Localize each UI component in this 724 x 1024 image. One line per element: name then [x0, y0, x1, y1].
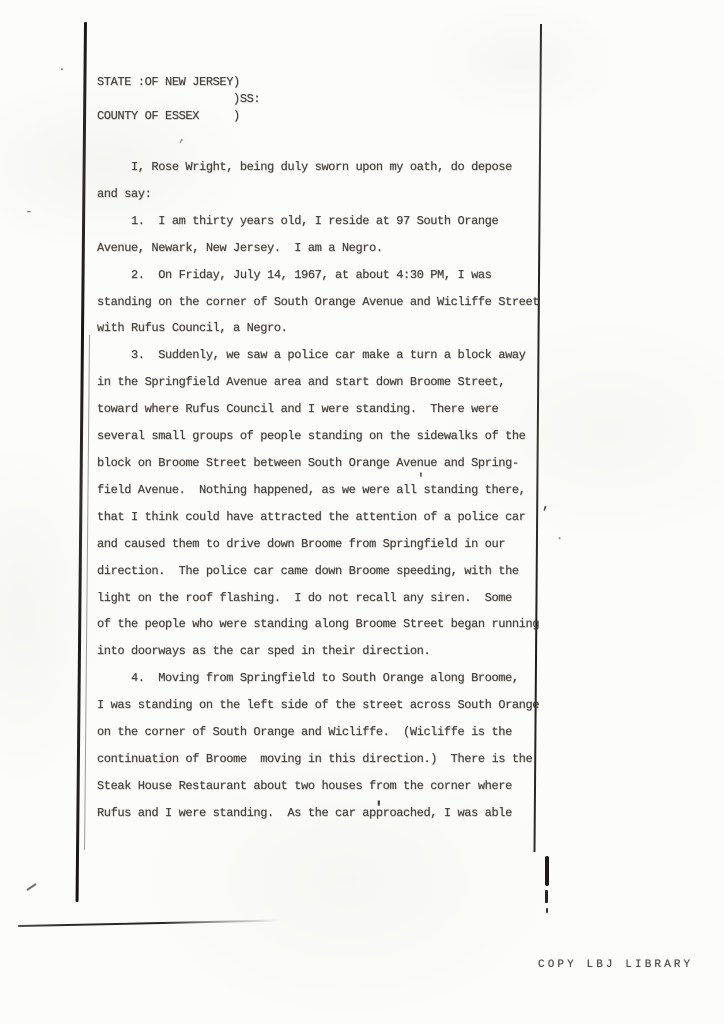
jurat-line: STATE :OF NEW JERSEY): [97, 74, 260, 91]
document-line: in the Springfield Avenue area and start…: [97, 369, 539, 396]
ink-speck: .: [556, 530, 563, 542]
document-line: Steak House Restaurant about two houses …: [97, 773, 539, 800]
scanned-affidavit-page: STATE :OF NEW JERSEY) )SS: COUNTY OF ESS…: [0, 0, 724, 1024]
document-line: I, Rose Wright, being duly sworn upon my…: [97, 154, 539, 181]
right-rule-ink-blob: [546, 908, 548, 913]
document-line: on the corner of South Orange and Wiclif…: [97, 719, 539, 746]
ink-speck: ': [417, 472, 425, 485]
document-line: Rufus and I were standing. As the car ap…: [97, 800, 539, 827]
right-rule-ink-blob: [545, 856, 549, 886]
right-rule-ink-blob: [545, 890, 548, 903]
document-line: field Avenue. Nothing happened, as we we…: [97, 477, 539, 504]
document-line: continuation of Broome moving in this di…: [97, 746, 539, 773]
ink-speck: ': [374, 800, 384, 816]
jurat-caption: STATE :OF NEW JERSEY) )SS: COUNTY OF ESS…: [97, 74, 260, 125]
document-line: 4. Moving from Springfield to South Oran…: [97, 665, 539, 692]
jurat-line: COUNTY OF ESSEX ): [97, 108, 260, 125]
document-line: several small groups of people standing …: [97, 423, 539, 450]
document-line: of the people who were standing along Br…: [97, 611, 539, 638]
document-line: 3. Suddenly, we saw a police car make a …: [97, 342, 539, 369]
document-line: standing on the corner of South Orange A…: [97, 289, 539, 316]
document-line: 2. On Friday, July 14, 1967, at about 4:…: [97, 262, 539, 289]
document-line: that I think could have attracted the at…: [97, 504, 539, 531]
document-line: direction. The police car came down Broo…: [97, 558, 539, 585]
ink-speck: -: [25, 205, 33, 218]
document-line: into doorways as the car sped in their d…: [97, 638, 539, 665]
bottom-rule: [18, 920, 280, 928]
document-line: I was standing on the left side of the s…: [97, 692, 539, 719]
document-line: Avenue, Newark, New Jersey. I am a Negro…: [97, 235, 539, 262]
affidavit-body: I, Rose Wright, being duly sworn upon my…: [97, 154, 539, 827]
ink-speck: ,: [542, 498, 550, 511]
document-line: block on Broome Street between South Ora…: [97, 450, 539, 477]
lbj-library-copy-stamp: COPY LBJ LIBRARY: [538, 959, 693, 971]
ink-speck: ,: [178, 130, 188, 144]
jurat-line: )SS:: [97, 91, 260, 108]
corner-ink-tick: [26, 883, 36, 891]
document-line: 1. I am thirty years old, I reside at 97…: [97, 208, 539, 235]
document-line: and say:: [97, 181, 539, 208]
document-line: toward where Rufus Council and I were st…: [97, 396, 539, 423]
document-line: with Rufus Council, a Negro.: [97, 315, 539, 342]
left-margin-rule-echo: [84, 335, 90, 850]
document-line: light on the roof flashing. I do not rec…: [97, 585, 539, 612]
document-line: and caused them to drive down Broome fro…: [97, 531, 539, 558]
ink-speck: .: [58, 60, 66, 73]
